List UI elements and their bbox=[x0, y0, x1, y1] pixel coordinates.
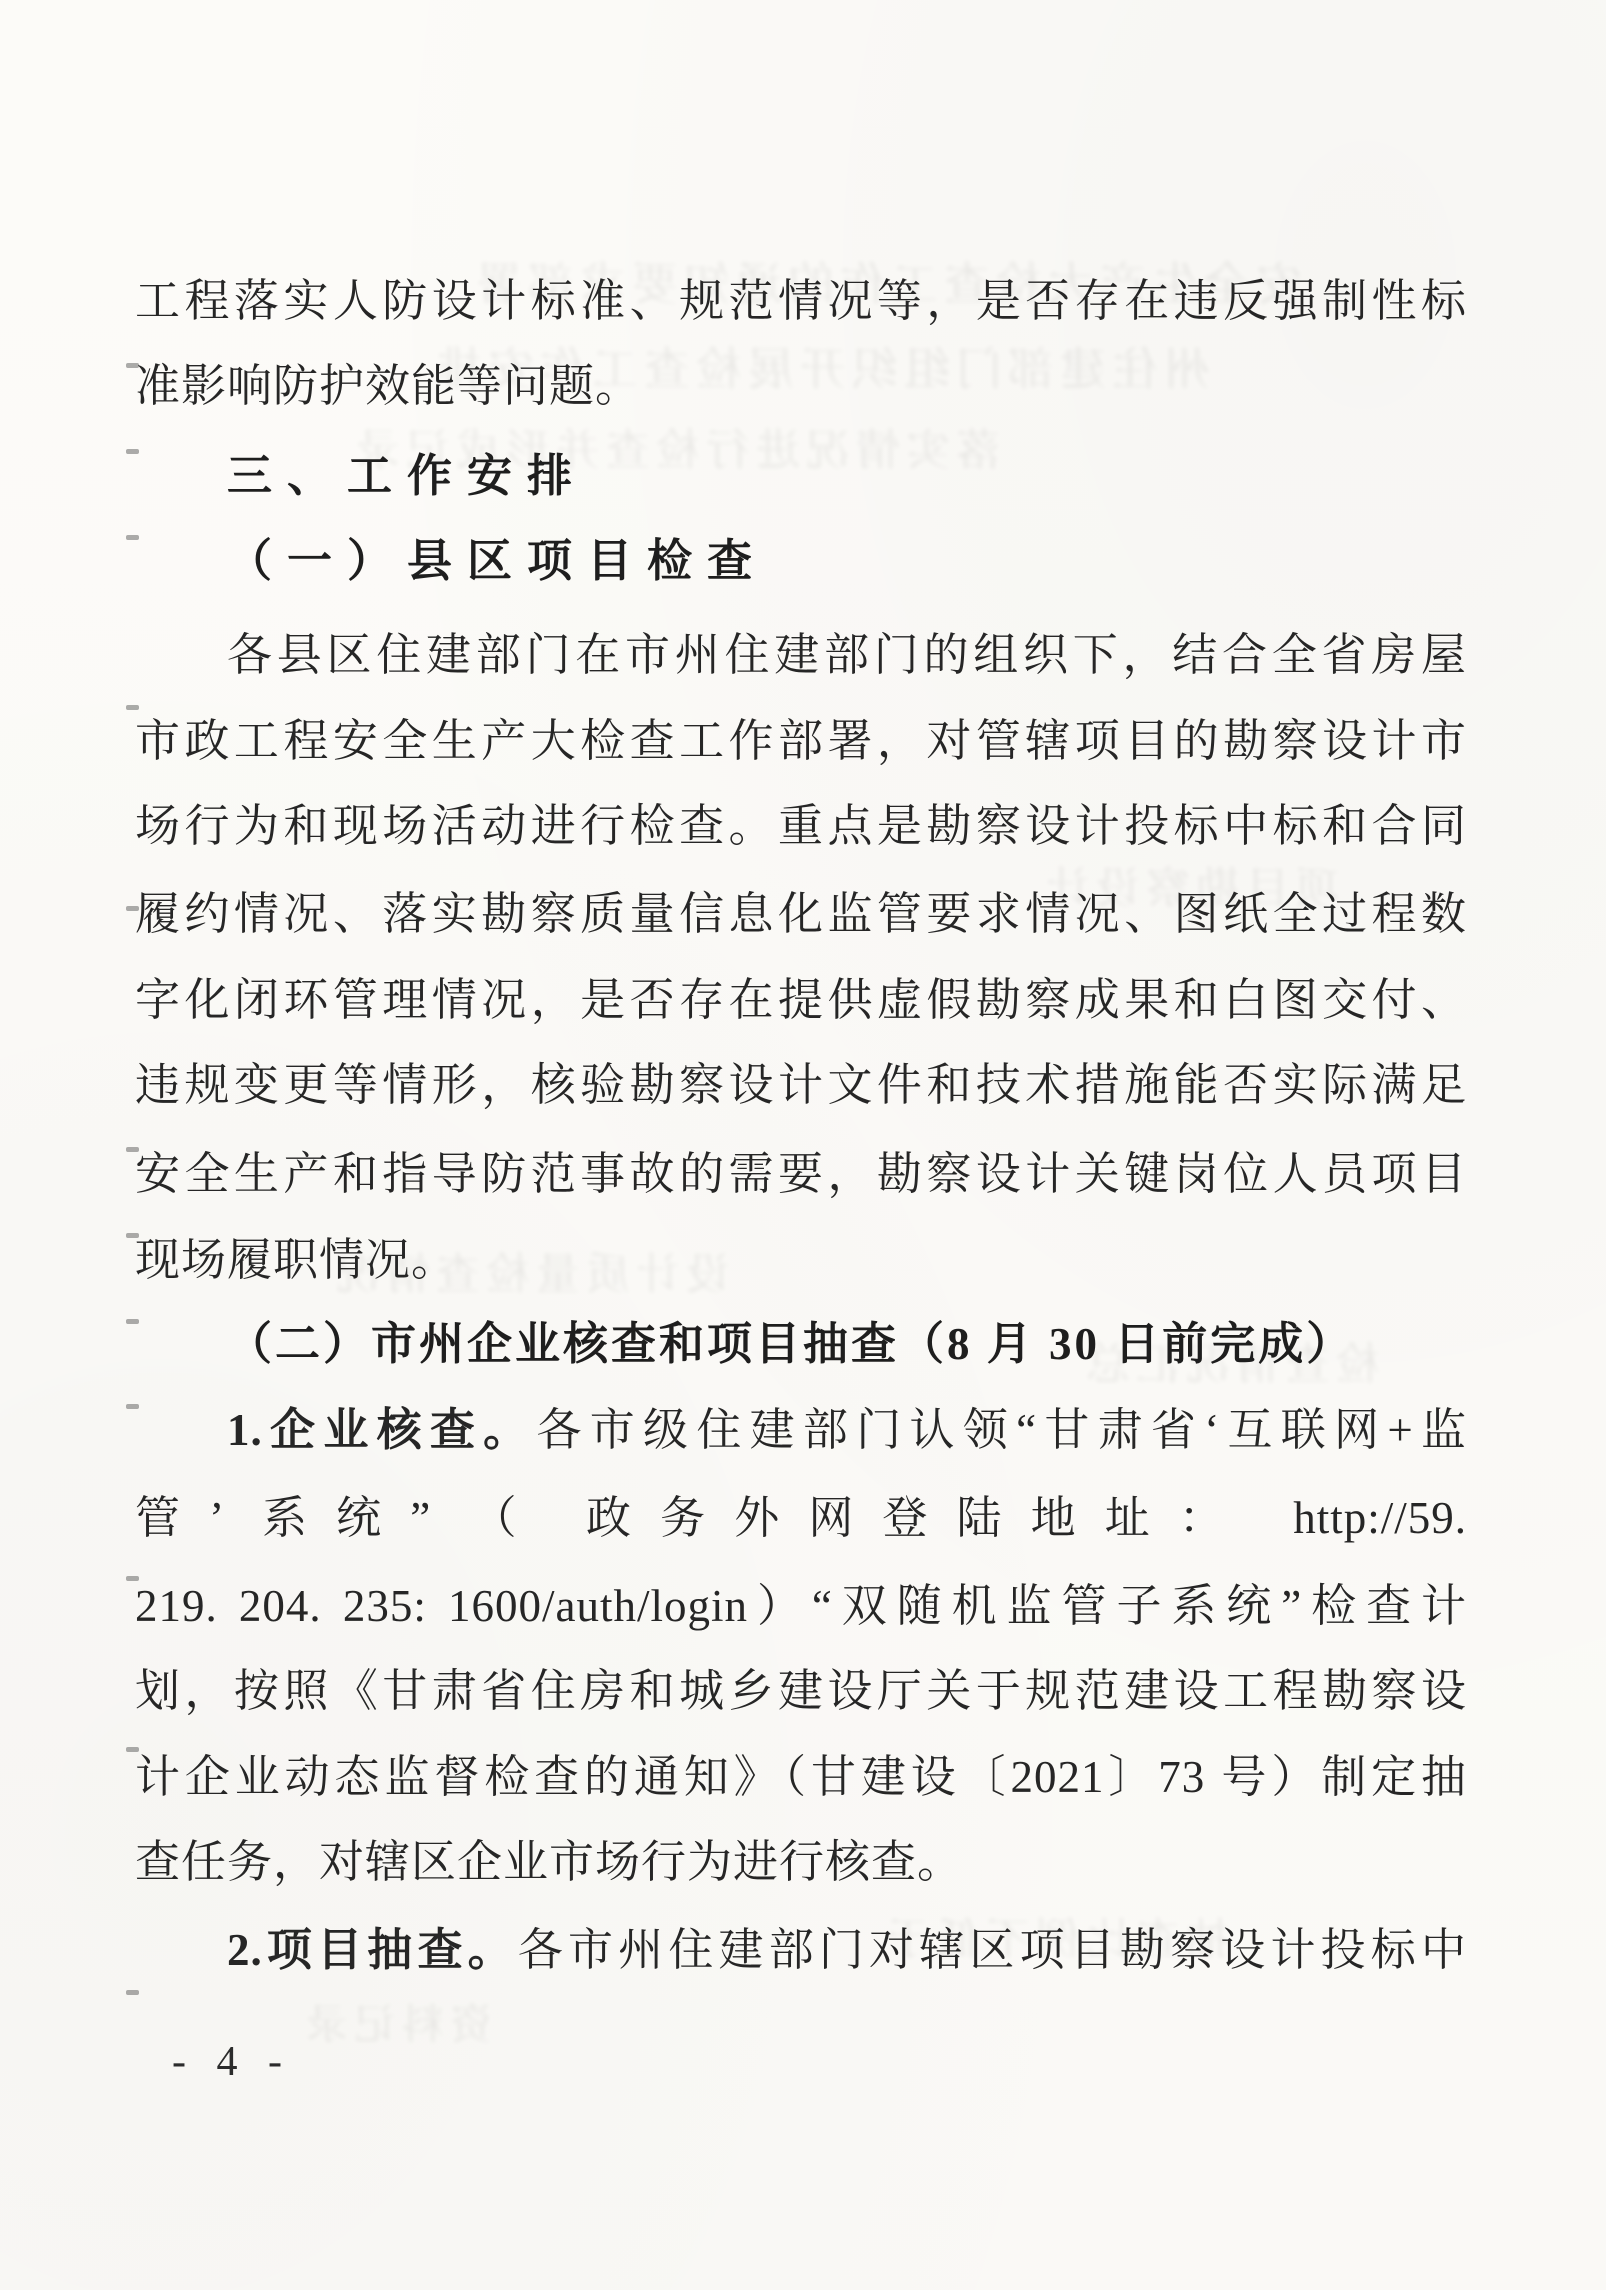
line-text: 各市州住建部门对辖区项目勘察设计投标中 bbox=[518, 1925, 1467, 1975]
scanned-document-page: 安全生产大检查工作的通知要求部署州住建部门组织开展检查工作安排落实情况进行检查并… bbox=[0, 0, 1606, 2290]
document-text-line: 各县区住建部门在市州住建部门的组织下，结合全省房屋 bbox=[135, 627, 1467, 683]
scan-edge-mark bbox=[126, 1990, 139, 1995]
section-heading-line: 三、工作安排 bbox=[135, 448, 1467, 504]
scan-edge-mark bbox=[126, 705, 139, 710]
line-lead-bold: 2.项目抽查。 bbox=[227, 1925, 518, 1975]
document-text-line: 1.企业核查。各市级住建部门认领“甘肃省‘互联网+监 bbox=[135, 1402, 1467, 1458]
document-text-line: 工程落实人防设计标准、规范情况等，是否存在违反强制性标 bbox=[135, 273, 1467, 329]
bleedthrough-ghost-text: 资料记录 bbox=[300, 1992, 492, 2052]
document-text-line: 市政工程安全生产大检查工作部署，对管辖项目的勘察设计市 bbox=[135, 713, 1467, 769]
document-text-line: 219. 204. 235: 1600/auth/login）“双随机监管子系统… bbox=[135, 1578, 1467, 1634]
document-text-line: 管’ 系统” （ 政务外网登陆地址： http://59. bbox=[135, 1490, 1467, 1546]
document-text-line: 划，按照《甘肃省住房和城乡建设厅关于规范建设工程勘察设 bbox=[135, 1663, 1467, 1719]
document-text-line: 违规变更等情形，核验勘察设计文件和技术措施能否实际满足 bbox=[135, 1057, 1467, 1113]
document-text-line: 履约情况、落实勘察质量信息化监管要求情况、图纸全过程数 bbox=[135, 886, 1467, 942]
document-text-line: 现场履职情况。 bbox=[135, 1232, 1467, 1288]
page-number: - 4 - bbox=[172, 2038, 292, 2086]
document-text-line: 准影响防护效能等问题。 bbox=[135, 358, 1467, 414]
line-text: 各市级住建部门认领“甘肃省‘互联网+监 bbox=[536, 1405, 1467, 1455]
document-text-line: 字化闭环管理情况，是否存在提供虚假勘察成果和白图交付、 bbox=[135, 972, 1467, 1028]
document-text-line: 场行为和现场活动进行检查。重点是勘察设计投标中标和合同 bbox=[135, 798, 1467, 854]
document-text-line: 查任务，对辖区企业市场行为进行核查。 bbox=[135, 1834, 1467, 1890]
document-text-line: 计企业动态监督检查的通知》（甘建设〔2021〕73 号）制定抽 bbox=[135, 1749, 1467, 1805]
line-lead-bold: 1.企业核查。 bbox=[227, 1405, 536, 1455]
section-heading-line: （一）县区项目检查 bbox=[135, 533, 1467, 589]
section-heading-line: （二）市州企业核查和项目抽查（8 月 30 日前完成） bbox=[135, 1316, 1467, 1372]
document-text-line: 安全生产和指导防范事故的需要，勘察设计关键岗位人员项目 bbox=[135, 1146, 1467, 1202]
document-text-line: 2.项目抽查。各市州住建部门对辖区项目勘察设计投标中 bbox=[135, 1922, 1467, 1978]
